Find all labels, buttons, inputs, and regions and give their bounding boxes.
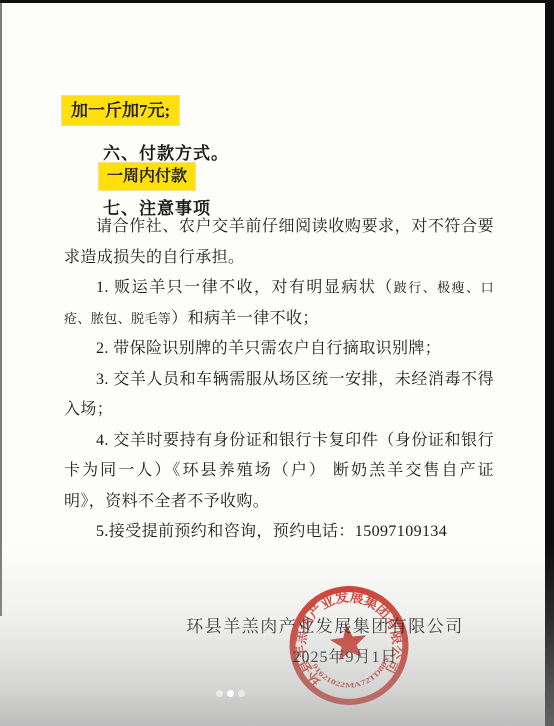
carousel-dot-0[interactable]: [216, 690, 223, 697]
photo-edge-left: [0, 0, 2, 616]
intro-paragraph: 请合作社、农户交羊前仔细阅读收购要求，对不符合要求造成损失的自行承担。: [64, 212, 494, 273]
photo-edge-top: [0, 0, 554, 3]
note-item-1-post: ）和病羊一律不收；: [171, 310, 319, 327]
note-item-5-phone: 5.接受提前预约和咨询，预约电话：15097109134: [64, 517, 494, 548]
seal-star-icon: [328, 622, 369, 661]
note-item-1-pre: 1. 贩运羊只一律不收，对有明显病状（: [96, 279, 394, 296]
note-item-1: 1. 贩运羊只一律不收，对有明显病状（跛行、极瘦、口疮、脓包、脱毛等）和病羊一律…: [64, 273, 494, 334]
official-red-seal: 环县羊羔肉产业发展集团有限公司 91621022MA72TD88Y: [280, 575, 419, 716]
notice-body: 请合作社、农户交羊前仔细阅读收购要求，对不符合要求造成损失的自行承担。 1. 贩…: [64, 212, 494, 548]
carousel-dots[interactable]: [216, 690, 245, 697]
highlighted-price-note: 加一斤加7元;: [62, 96, 179, 125]
carousel-dot-2[interactable]: [238, 690, 245, 697]
note-item-3: 3. 交羊人员和车辆需服从场区统一安排，未经消毒不得入场；: [64, 365, 494, 426]
highlighted-payment-term: 一周内付款: [99, 163, 195, 190]
note-item-4: 4. 交羊时要持有身份证和银行卡复印件（身份证和银行卡为同一人）《环县养殖场（户…: [64, 426, 494, 518]
carousel-dot-1[interactable]: [227, 690, 234, 697]
section-heading-payment: 六、付款方式。: [103, 139, 229, 164]
photographed-notice-page: 加一斤加7元; 六、付款方式。 一周内付款 七、注意事项 请合作社、农户交羊前仔…: [0, 0, 554, 726]
note-item-2: 2. 带保险识别牌的羊只需农户自行摘取识别牌；: [64, 334, 494, 365]
